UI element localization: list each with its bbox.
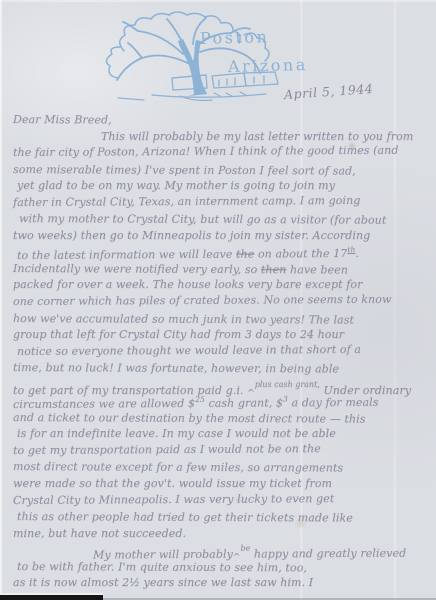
letter-line: some miserable times) I've spent in Post… bbox=[13, 162, 432, 180]
letter-line: one corner which has piles of crated box… bbox=[13, 291, 432, 310]
scan-edge-artifact bbox=[0, 595, 103, 600]
letter-line: to the latest information we will leave … bbox=[13, 242, 432, 261]
letterhead-place-line1: Poston bbox=[200, 27, 270, 48]
letter-line: father in Crystal City, Texas, an intern… bbox=[13, 192, 432, 211]
letter-line: as it is now almost 2½ years since we la… bbox=[13, 575, 432, 592]
letter-line: how we've accumulated so much junk in tw… bbox=[13, 311, 432, 329]
letter-line: this as other people had tried to get th… bbox=[13, 509, 432, 527]
letter-line: Dear Miss Breed, bbox=[13, 112, 432, 130]
letter-line: circumstances we are allowed $25 cash gr… bbox=[13, 391, 432, 410]
letter-line: Incidentally we were notified very early… bbox=[13, 261, 432, 279]
letter-line: to get my transportation paid as I would… bbox=[13, 440, 432, 459]
letter-line: My mother will probably^be happy and gre… bbox=[13, 540, 432, 559]
letter-line: most direct route except for a few miles… bbox=[13, 459, 432, 477]
letter-line: time, but no luck! I was fortunate, howe… bbox=[13, 360, 432, 378]
letter-line: the fair city of Poston, Arizona! When I… bbox=[13, 143, 432, 162]
letter-line: Crystal City to Minneapolis. I was very … bbox=[13, 490, 432, 509]
letter-line: with my mother to Crystal City, but will… bbox=[13, 211, 432, 229]
tree-illustration bbox=[106, 12, 269, 96]
letterhead: Poston Arizona bbox=[94, 10, 304, 110]
letter-body: Dear Miss Breed,This will probably be my… bbox=[13, 112, 432, 592]
letter-line: and a ticket to our destination by the m… bbox=[13, 410, 432, 428]
letter-line: notice so everyone thought we would leav… bbox=[13, 341, 432, 360]
ground-illustration bbox=[118, 92, 266, 101]
letterhead-place-line2: Arizona bbox=[228, 55, 308, 76]
letter-scan: Poston Arizona April 5, 1944 Dear Miss B… bbox=[0, 0, 436, 600]
letter-line: to be with father. I'm quite anxious to … bbox=[13, 559, 432, 577]
